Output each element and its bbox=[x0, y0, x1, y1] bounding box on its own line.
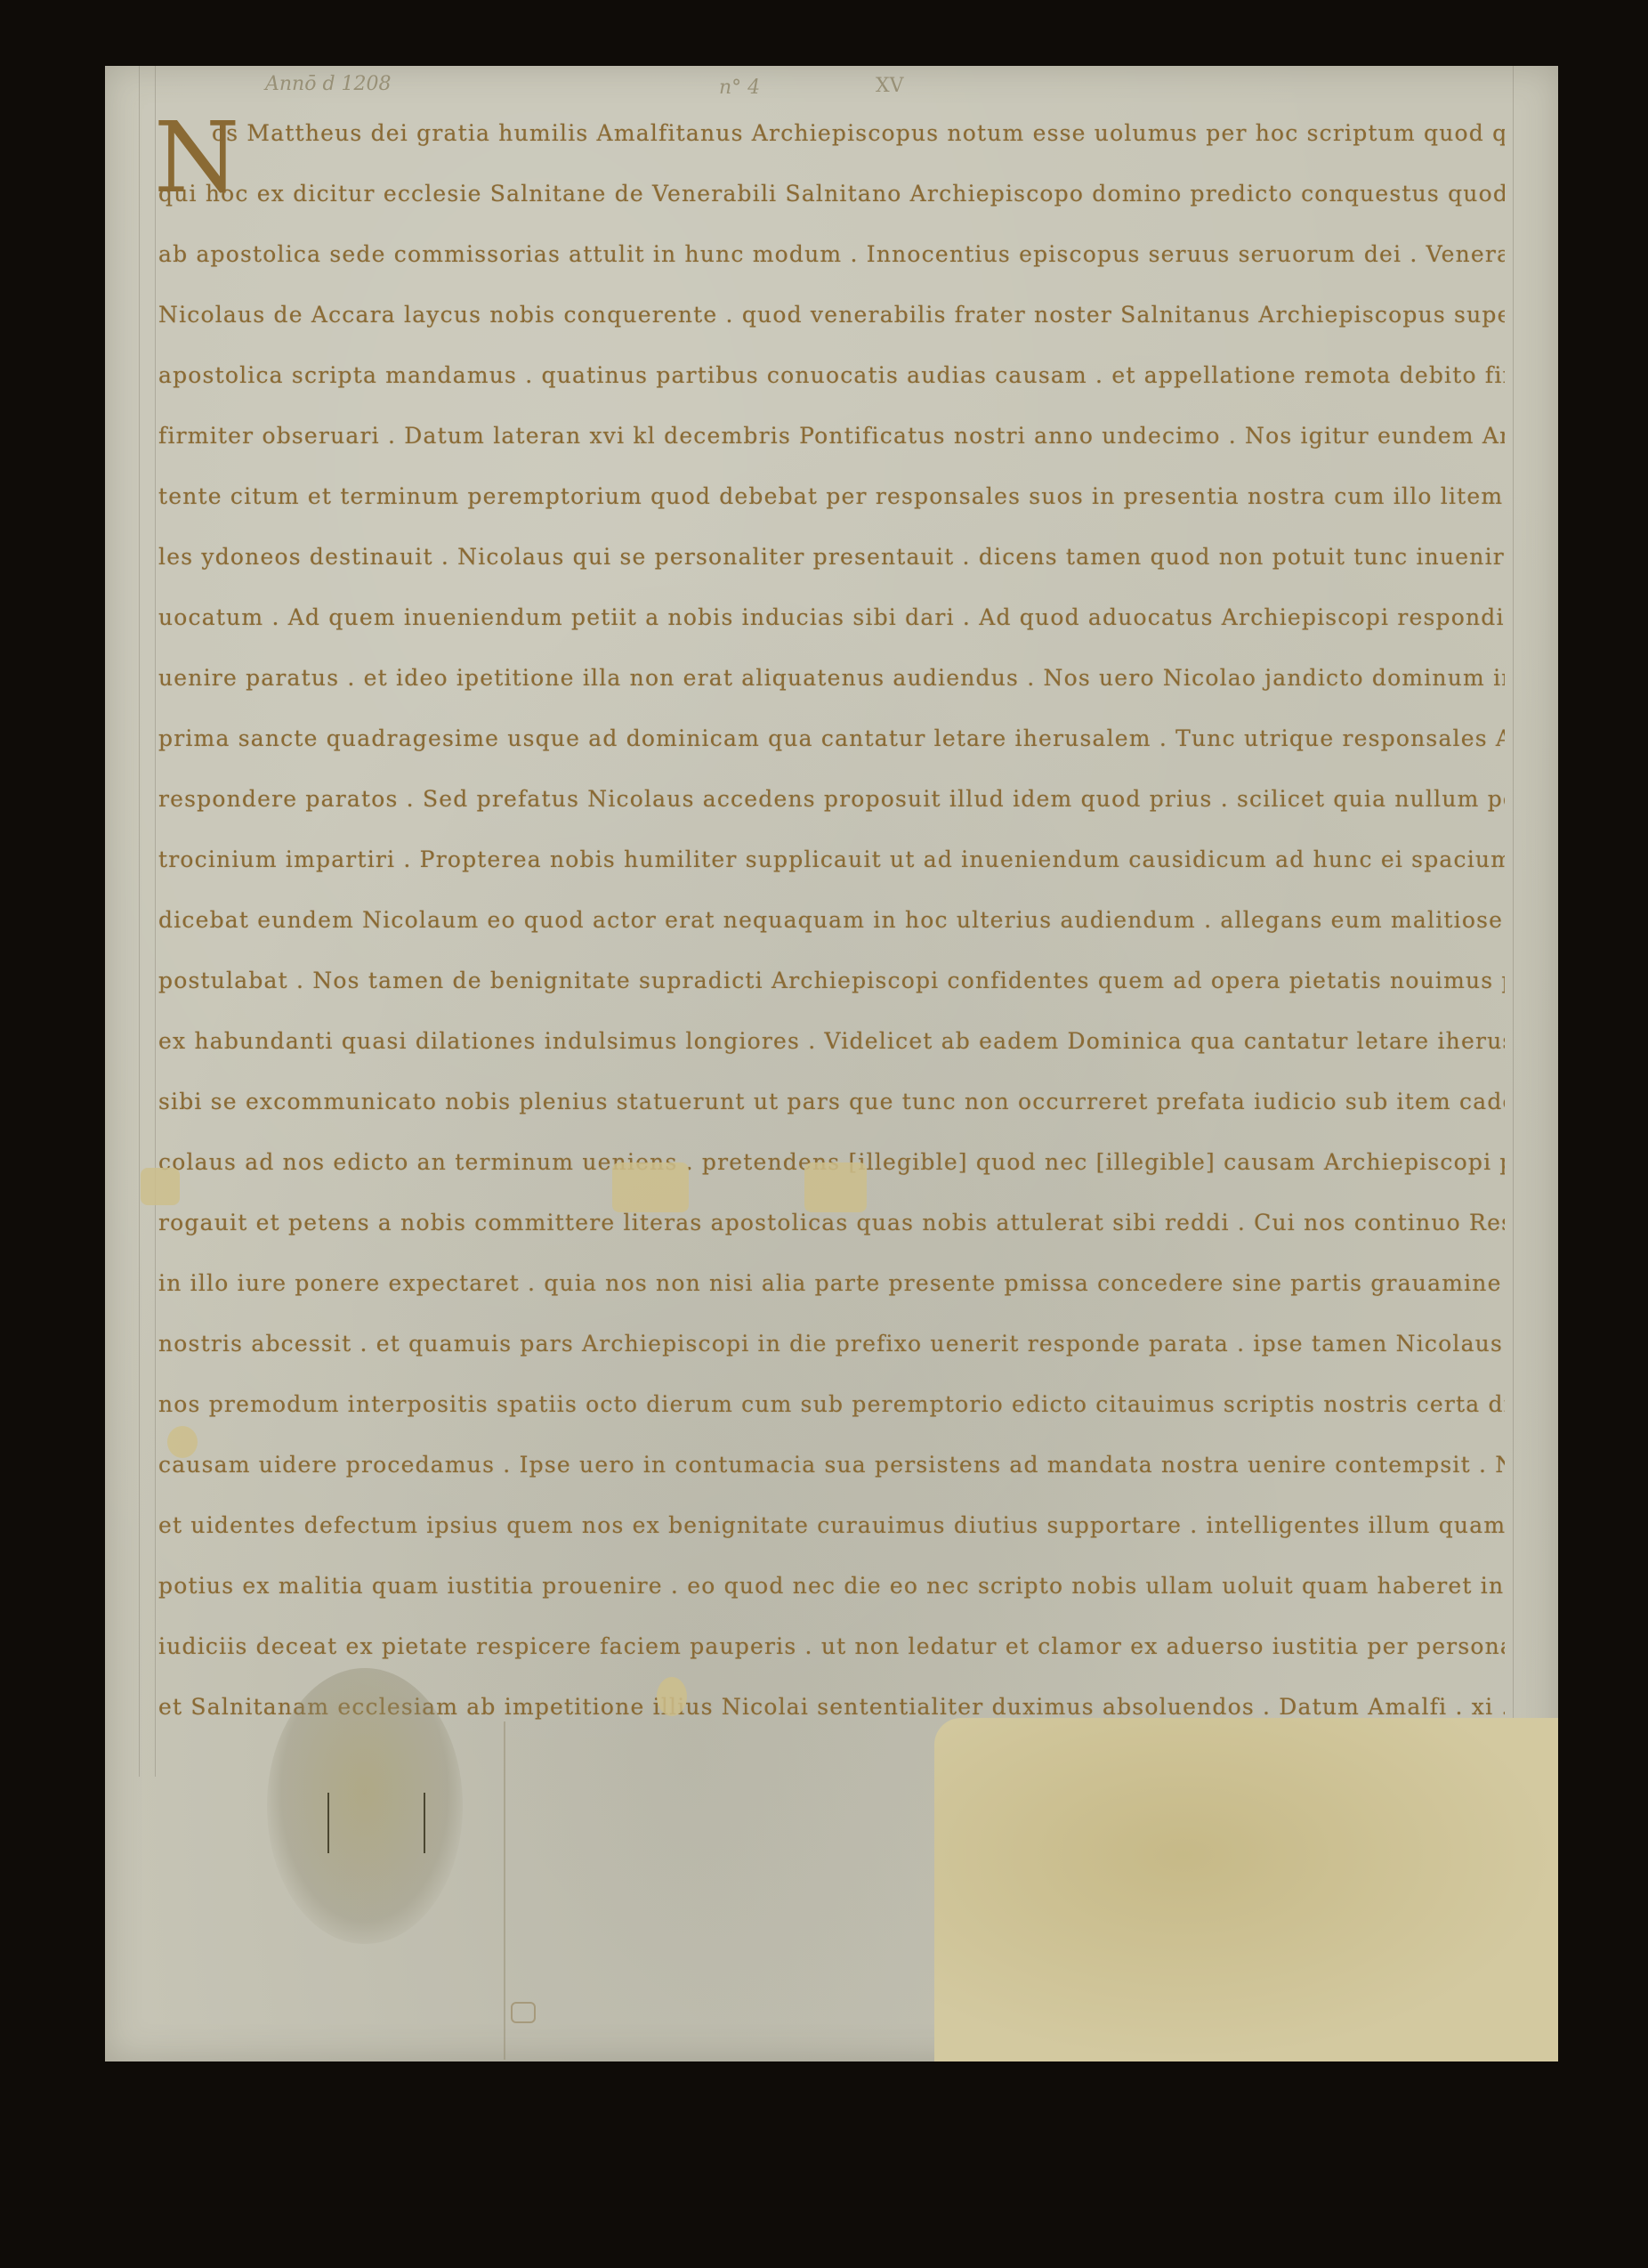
margin-rule-left-outer bbox=[139, 66, 140, 1777]
text-line: potius ex malitia quam iustitia prouenir… bbox=[158, 1559, 1505, 1613]
text-line: ab apostolica sede commissorias attulit … bbox=[158, 228, 1505, 281]
parchment-hole bbox=[511, 2002, 536, 2023]
text-line: Nicolaus de Accara laycus nobis conquere… bbox=[158, 288, 1505, 342]
text-line: iudiciis deceat ex pietate respicere fac… bbox=[158, 1620, 1505, 1673]
text-line: et uidentes defectum ipsius quem nos ex … bbox=[158, 1499, 1505, 1552]
text-line: sibi se excommunicato nobis plenius stat… bbox=[158, 1075, 1505, 1129]
text-line: os Mattheus dei gratia humilis Amalfitan… bbox=[212, 107, 1505, 160]
margin-rule-left-inner bbox=[155, 66, 156, 1777]
text-line: nos premodum interpositis spatiis octo d… bbox=[158, 1378, 1505, 1431]
text-line: causam uidere procedamus . Ipse uero in … bbox=[158, 1438, 1505, 1492]
repair-patch bbox=[934, 1718, 1558, 2061]
text-line: in illo iure ponere expectaret . quia no… bbox=[158, 1257, 1505, 1310]
text-line: uenire paratus . et ideo ipetitione illa… bbox=[158, 652, 1505, 705]
text-line: trocinium impartiri . Propterea nobis hu… bbox=[158, 833, 1505, 887]
text-line: les ydoneos destinauit . Nicolaus qui se… bbox=[158, 531, 1505, 584]
text-line: qui hoc ex dicitur ecclesie Salnitane de… bbox=[158, 167, 1505, 221]
seal-slit bbox=[424, 1793, 425, 1853]
text-line: dicebat eundem Nicolaum eo quod actor er… bbox=[158, 894, 1505, 947]
seal-slit bbox=[327, 1793, 329, 1853]
text-line: ex habundanti quasi dilationes indulsimu… bbox=[158, 1015, 1505, 1068]
text-line: apostolica scripta mandamus . quatinus p… bbox=[158, 349, 1505, 402]
text-line: respondere paratos . Sed prefatus Nicola… bbox=[158, 773, 1505, 826]
parchment-sheet: Annō d 1208 n° 4 XV N os Mattheus dei gr… bbox=[105, 66, 1558, 2061]
margin-rule-right bbox=[1513, 66, 1514, 1777]
seal-impression bbox=[267, 1668, 463, 1944]
text-line: uocatum . Ad quem inueniendum petiit a n… bbox=[158, 591, 1505, 644]
repair-stain bbox=[657, 1677, 687, 1716]
text-line: postulabat . Nos tamen de benignitate su… bbox=[158, 954, 1505, 1008]
archival-note-left: Annō d 1208 bbox=[265, 73, 392, 95]
text-line: firmiter obseruari . Datum lateran xvi k… bbox=[158, 409, 1505, 463]
repair-stain bbox=[804, 1162, 867, 1212]
repair-stain bbox=[167, 1426, 198, 1458]
archival-note-right: XV bbox=[876, 75, 904, 97]
repair-stain bbox=[612, 1162, 689, 1212]
repair-stain bbox=[141, 1168, 180, 1205]
text-line: nostris abcessit . et quamuis pars Archi… bbox=[158, 1317, 1505, 1371]
text-line: prima sancte quadragesime usque ad domin… bbox=[158, 712, 1505, 765]
text-line: tente citum et terminum peremptorium quo… bbox=[158, 470, 1505, 523]
archival-note-center: n° 4 bbox=[719, 77, 760, 99]
fold-crease bbox=[504, 1721, 505, 2060]
